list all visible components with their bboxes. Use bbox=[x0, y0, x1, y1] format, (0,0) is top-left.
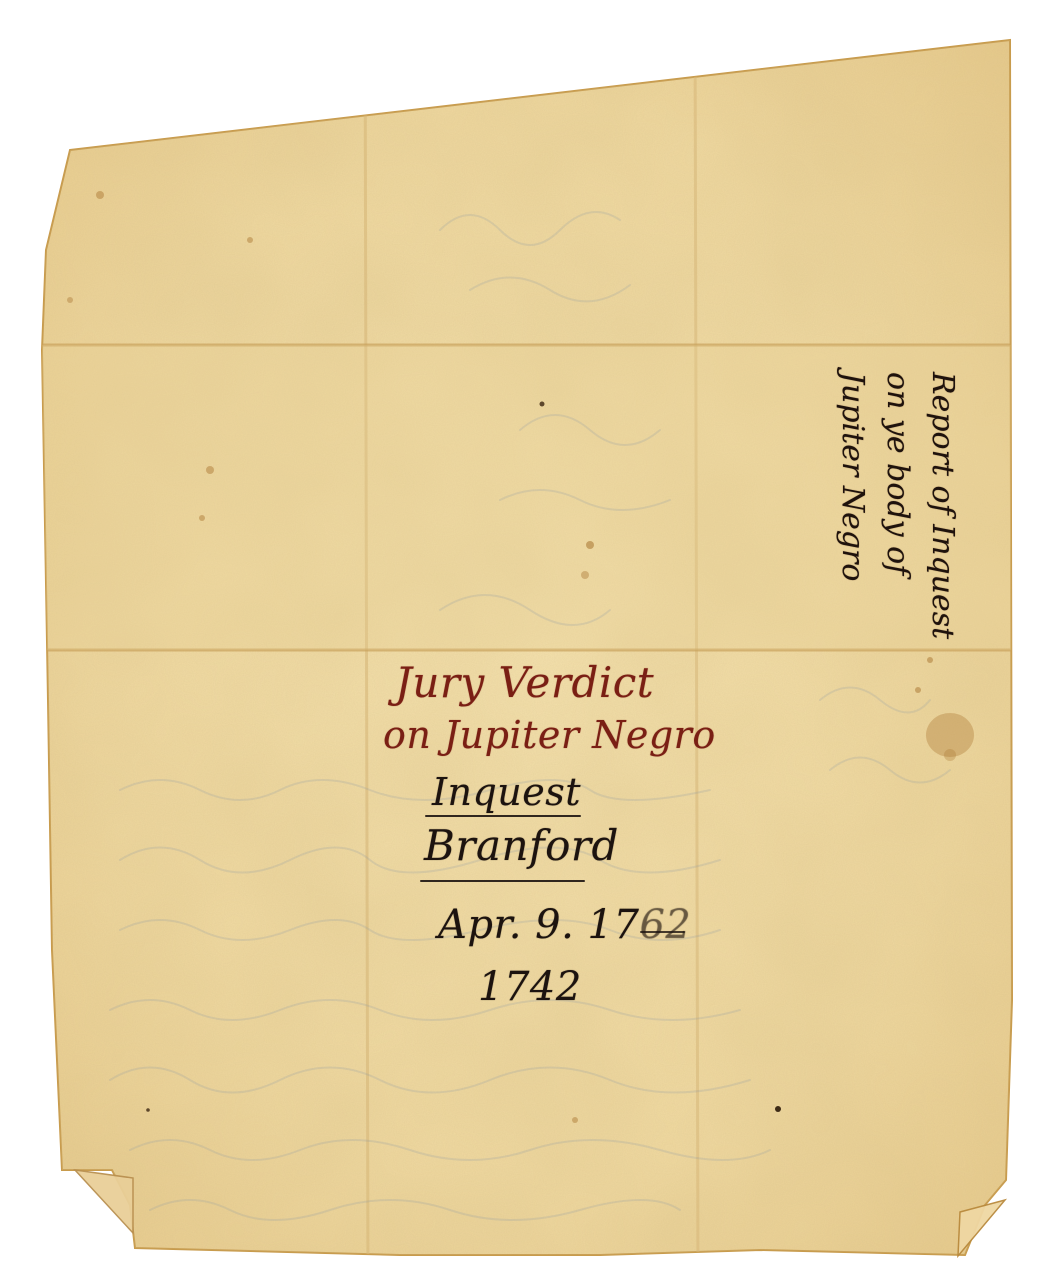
docket-inquest: Inquest bbox=[432, 773, 581, 811]
docket-date-faded: 62 bbox=[639, 902, 691, 948]
docket-date: Apr. 9. 1762 bbox=[438, 905, 691, 945]
side-note-line-2: on ye body of bbox=[880, 372, 915, 639]
paper-sheet bbox=[0, 0, 1054, 1288]
place-underline bbox=[420, 880, 585, 882]
docket-place: Branford bbox=[424, 825, 619, 867]
side-note-line-3: Jupiter Negro bbox=[835, 372, 870, 639]
document-scan: Jury Verdict on Jupiter Negro Inquest Br… bbox=[0, 0, 1054, 1288]
side-note-line-1: Report of Inquest bbox=[925, 372, 960, 639]
docket-date-text: Apr. 9. 17 bbox=[438, 902, 639, 948]
docket-title-line-1: Jury Verdict bbox=[395, 662, 654, 704]
inquest-underline bbox=[425, 815, 581, 817]
docket-title-line-2: on Jupiter Negro bbox=[383, 716, 716, 754]
side-note: Report of Inquest on ye body of Jupiter … bbox=[825, 372, 960, 639]
date-strike bbox=[640, 931, 685, 933]
docket-year: 1742 bbox=[478, 967, 582, 1007]
